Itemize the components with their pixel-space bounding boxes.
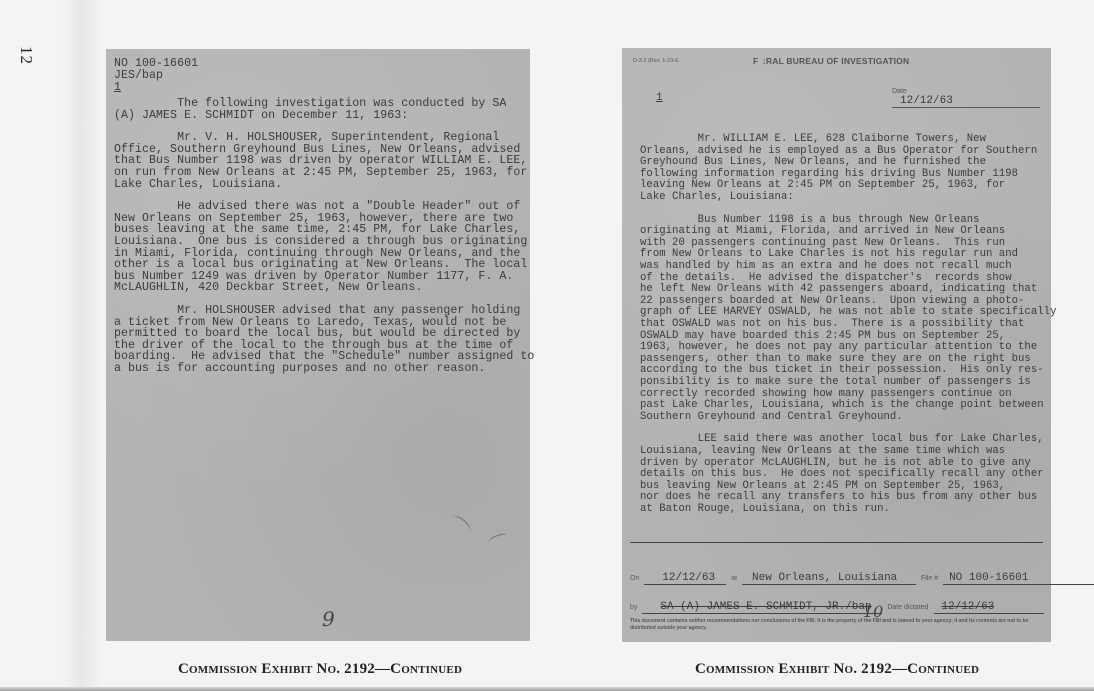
date-label: Date (892, 88, 907, 95)
serial-number: 1 (656, 92, 663, 104)
pencil-mark (487, 532, 508, 545)
text-line: at Baton Rouge, Louisiana, on this run. (640, 504, 890, 516)
file-label: File # (921, 575, 938, 582)
handwritten-page-mark: 9 (322, 607, 335, 631)
text-line: a bus is for accounting purposes and no … (114, 363, 485, 375)
exhibit-caption-right: Commission Exhibit No. 2192—Continued (695, 661, 979, 678)
exhibit-caption-left: Commission Exhibit No. 2192—Continued (178, 661, 462, 678)
book-page-edge (0, 687, 1094, 691)
date-dictated-value: 12/12/63 (934, 601, 1044, 614)
text-line: was handled by him as an extra and he do… (640, 261, 1012, 273)
form-divider (630, 542, 1043, 543)
text-line: The following investigation was conducte… (114, 98, 506, 110)
interview-date: 12/12/63 (644, 572, 726, 585)
pencil-mark (449, 513, 473, 536)
agent-line: by SA (A) JAMES E. SCHMIDT, JR./bap Date… (630, 601, 1047, 614)
text-line: ponsibility is to make sure the total nu… (640, 377, 1031, 389)
book-page-number: 12 (16, 46, 36, 65)
interview-location: New Orleans, Louisiana (742, 572, 916, 585)
form-code: D-3.2 (Rev. 1-23-6. (633, 58, 680, 64)
by-label: by (630, 604, 637, 611)
agent-name: SA (A) JAMES E. SCHMIDT, JR./bap (642, 601, 882, 614)
fbi-disclaimer: This document contains neither recommend… (630, 618, 1043, 631)
date-dictated-label: Date dictated (887, 604, 928, 611)
text-line: Southern Greyhound and Central Greyhound… (640, 412, 903, 424)
text-line: Lake Charles, Louisiana: (640, 192, 794, 204)
interview-line: On 12/12/63 at New Orleans, Louisiana Fi… (630, 572, 1094, 585)
file-number-field: NO 100-16601 (943, 572, 1094, 585)
text-line: Mr. HOLSHOUSER advised that any passenge… (114, 305, 520, 317)
right-document-page: D-3.2 (Rev. 1-23-6. F :RAL BUREAU OF INV… (622, 48, 1051, 642)
text-line: on run from New Orleans at 2:45 PM, Sept… (114, 167, 527, 179)
at-label: at (731, 575, 737, 582)
text-line: that OSWALD was not on his bus. There is… (640, 319, 1024, 331)
agency-title: F :RAL BUREAU OF INVESTIGATION (753, 56, 909, 66)
text-line: Louisiana. One bus is considered a throu… (114, 236, 527, 248)
text-line: McLAUGHLIN, 420 Deckbar Street, New Orle… (114, 282, 422, 294)
serial-number: 1 (114, 82, 121, 94)
text-line: Mr. WILLIAM E. LEE, 628 Claiborne Towers… (640, 134, 986, 146)
date-value: 12/12/63 (892, 95, 1040, 108)
text-line: Louisiana, leaving New Orleans at the sa… (640, 446, 1005, 458)
left-document-page: NO 100-16601 JES/bap 1 The following inv… (106, 49, 530, 641)
date-row: Date 12/12/63 (892, 88, 1051, 108)
text-line: (A) JAMES E. SCHMIDT on December 11, 196… (114, 110, 408, 122)
file-number: NO 100-16601 (114, 58, 198, 70)
on-label: On (630, 575, 639, 582)
binding-gutter-shadow (60, 0, 104, 691)
text-line: Lake Charles, Louisiana. (114, 179, 282, 191)
initials: JES/bap (114, 70, 163, 82)
